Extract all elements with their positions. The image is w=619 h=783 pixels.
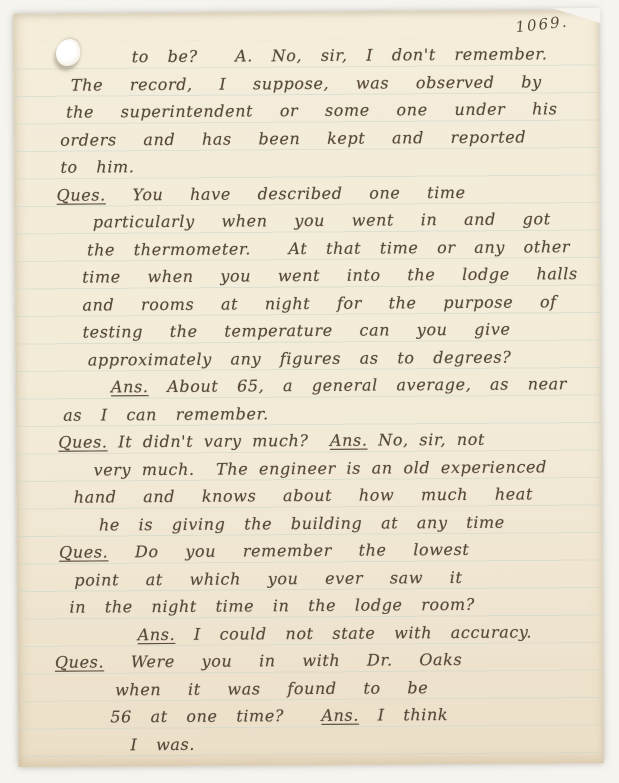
handwritten-line: I was. [18, 727, 603, 759]
handwriting-segment: time when you went into the lodge halls [82, 264, 578, 286]
handwritten-line: and rooms at night for the purpose of [15, 287, 600, 319]
qa-marker: Ans. [321, 706, 359, 725]
handwriting-segment: 56 at one time? [110, 706, 321, 726]
handwritten-line: time when you went into the lodge halls [15, 260, 600, 292]
handwriting-segment: orders and has been kept and reported [60, 127, 526, 149]
handwritten-line: Ques. Were you in with Dr. Oaks [18, 645, 603, 677]
handwritten-line: Ques. Do you remember the lowest [17, 535, 602, 567]
handwriting-segment: It didn't vary much? [107, 431, 330, 452]
handwritten-line: he is giving the building at any time [17, 507, 602, 539]
qa-marker: Ans. [111, 377, 149, 396]
handwriting-segment: to be? A. No, sir, I don't remember. [132, 44, 548, 66]
handwritten-line: very much. The engineer is an old experi… [16, 452, 601, 484]
handwriting-segment: the thermometer. At that time or any oth… [87, 237, 570, 259]
handwriting-segment: Do you remember the lowest [108, 540, 469, 562]
handwritten-line: when it was found to be [18, 672, 603, 704]
handwriting-segment: testing the temperature can you give [83, 320, 511, 342]
handwriting-segment: to him. [60, 157, 134, 177]
handwriting-segment: very much. The engineer is an old experi… [93, 457, 546, 479]
handwriting-segment: hand and knows about how much heat [74, 484, 533, 506]
handwritten-line: hand and knows about how much heat [17, 480, 602, 512]
handwriting-segment: in the night time in the lodge room? [69, 595, 475, 617]
page-number: 1069. [515, 12, 570, 36]
qa-marker: Ans. [330, 431, 368, 450]
handwritten-line: as I can remember. [16, 397, 601, 429]
handwriting-segment: I think [359, 705, 448, 725]
handwriting-segment: No, sir, not [367, 430, 485, 450]
qa-marker: Ques. [59, 542, 108, 561]
handwritten-line: Ques. It didn't vary much? Ans. No, sir,… [16, 425, 601, 457]
handwritten-line: point at which you ever saw it [17, 562, 602, 594]
qa-marker: Ques. [58, 432, 107, 451]
handwriting-segment: the superintendent or some one under his [66, 99, 558, 121]
handwriting-segment: The record, I suppose, was observed by [71, 72, 542, 94]
handwriting-segment: he is giving the building at any time [99, 512, 505, 534]
handwriting-segment: I could not state with accuracy. [175, 622, 532, 643]
handwritten-line: The record, I suppose, was observed by [14, 67, 599, 99]
handwritten-text: to be? A. No, sir, I don't remember.The … [14, 40, 604, 759]
handwriting-segment: point at which you ever saw it [74, 567, 462, 589]
handwritten-line: approximately any figures as to degrees? [16, 342, 601, 374]
qa-marker: Ques. [55, 652, 104, 671]
handwriting-segment: About 65, a general average, as near [148, 374, 567, 396]
handwritten-line: the thermometer. At that time or any oth… [15, 232, 600, 264]
handwritten-line: the superintendent or some one under his [14, 95, 599, 127]
handwritten-line: Ques. You have described one time [15, 177, 600, 209]
qa-marker: Ans. [138, 624, 176, 643]
handwritten-line: particularly when you went in and got [15, 205, 600, 237]
handwritten-line: Ans. I could not state with accuracy. [18, 617, 603, 649]
handwritten-line: orders and has been kept and reported [14, 122, 599, 154]
notebook-page: 1069. to be? A. No, sir, I don't remembe… [13, 10, 603, 767]
handwriting-segment: and rooms at night for the purpose of [82, 292, 556, 314]
scanned-document-photo: 1069. to be? A. No, sir, I don't remembe… [0, 0, 619, 783]
handwriting-segment: as I can remember. [63, 404, 269, 424]
handwritten-line: 56 at one time? Ans. I think [18, 700, 603, 732]
handwritten-line: testing the temperature can you give [16, 315, 601, 347]
handwritten-line: to be? A. No, sir, I don't remember. [14, 40, 599, 72]
handwriting-segment: approximately any figures as to degrees? [88, 347, 512, 369]
handwritten-line: to him. [14, 150, 599, 182]
handwritten-line: Ans. About 65, a general average, as nea… [16, 370, 601, 402]
handwriting-segment: Were you in with Dr. Oaks [104, 650, 462, 671]
handwritten-line: in the night time in the lodge room? [17, 590, 602, 622]
handwriting-segment: I was. [130, 734, 195, 753]
qa-marker: Ques. [57, 185, 106, 204]
handwriting-segment: You have described one time [106, 182, 466, 204]
handwriting-segment: when it was found to be [115, 678, 428, 699]
handwriting-segment: particularly when you went in and got [93, 209, 551, 231]
